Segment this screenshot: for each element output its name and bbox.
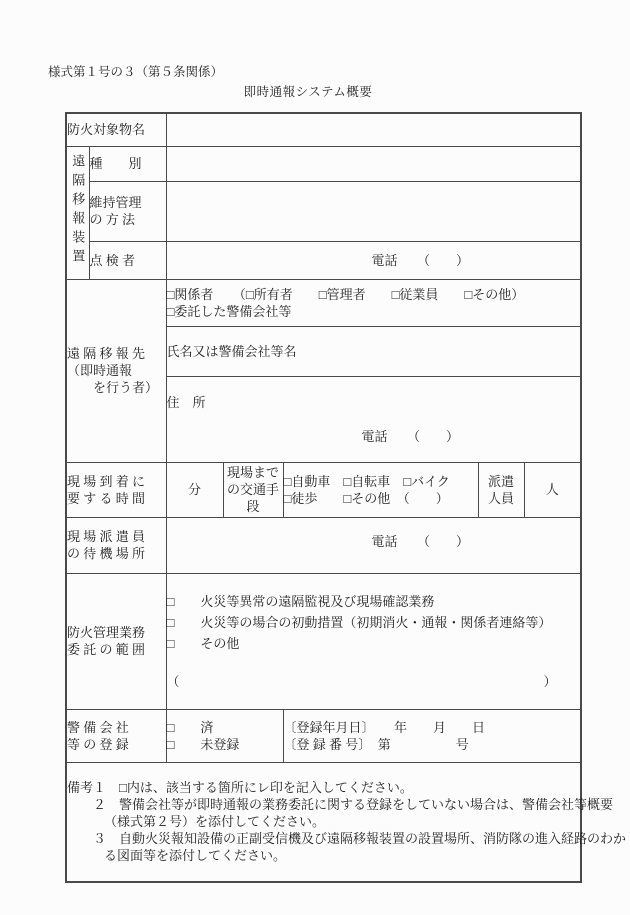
notes-row: 備考１ □内は、該当する箇所にレ印を記入してください。 ２ 警備会社等が即時通報…	[66, 762, 581, 882]
inspector-value-cell: 電話 （ ）	[166, 241, 581, 279]
registration-details: 〔登録年月日〕 年 月 日 〔登 録 番 号〕 第 号	[283, 709, 581, 762]
inspector-phone: 電話 （ ）	[167, 252, 581, 269]
note-line-3: ３ 自動火災報知設備の正副受信機及び遠隔移報装置の設置場所、消防隊の進入経路のわ…	[67, 830, 580, 847]
address-phone: 電話 （ ）	[167, 428, 581, 445]
standby-phone: 電話 （ ）	[167, 533, 581, 558]
delegation-checkboxes: □ 火災等異常の遠隔監視及び現場確認業務 □ 火災等の場合の初動措置（初期消火・…	[167, 591, 581, 654]
form-number: 様式第１号の３（第５条関係）	[48, 62, 223, 80]
note-line-2b: （様式第２号）を添付してください。	[67, 813, 580, 830]
registration-status-checkboxes: □ 済 □ 未登録	[166, 709, 283, 762]
standby-location-label: 現 場 派 遣 員 の 待 機 場 所	[66, 517, 166, 573]
paren-close: ）	[544, 671, 557, 692]
fire-object-row: 防火対象物名	[66, 113, 581, 146]
page-title: 即時通報システム概要	[0, 82, 616, 100]
device-type-value	[166, 146, 581, 181]
arrival-time-row: 現 場 到 着 に 要 す る 時 間 分 現場まで の交通手段 □自動車 □自…	[66, 462, 581, 517]
device-type-row: 遠隔移報装置 種 別	[66, 146, 581, 181]
inspector-row: 点 検 者 電話 （ ）	[66, 241, 581, 279]
maintenance-method-value	[166, 181, 581, 241]
transport-header: 現場まで の交通手段	[223, 462, 283, 517]
notify-destination-label: 遠 隔 移 報 先 （即時通報 を行う者）	[66, 279, 166, 462]
inspector-label: 点 検 者	[89, 241, 166, 279]
security-company-name-label: 氏名又は警備会社等名	[166, 326, 581, 376]
arrival-minutes-unit: 分	[166, 462, 223, 517]
device-type-label: 種 別	[89, 146, 166, 181]
delegation-scope-row: 防火管理業務 委 託 の 範 囲 □ 火災等異常の遠隔監視及び現場確認業務 □ …	[66, 573, 581, 709]
transport-checkboxes: □自動車 □自転車 □バイク □徒歩 □その他 （ ）	[283, 462, 478, 517]
delegation-scope-label: 防火管理業務 委 託 の 範 囲	[66, 573, 166, 709]
notes-section: 備考１ □内は、該当する箇所にレ印を記入してください。 ２ 警備会社等が即時通報…	[66, 762, 581, 882]
registration-row: 警 備 会 社 等 の 登 録 □ 済 □ 未登録 〔登録年月日〕 年 月 日 …	[66, 709, 581, 762]
immediate-report-form-table: 防火対象物名 遠隔移報装置 種 別 維持管理 の 方 法 点 検 者 電話 （ …	[65, 112, 582, 883]
notify-destination-relation-row: 遠 隔 移 報 先 （即時通報 を行う者） □関係者 （□所有者 □管理者 □従…	[66, 279, 581, 326]
personnel-unit: 人	[524, 462, 581, 517]
standby-location-value-cell: 電話 （ ）	[166, 517, 581, 573]
registration-label: 警 備 会 社 等 の 登 録	[66, 709, 166, 762]
note-line-2: ２ 警備会社等が即時通報の業務委託に関する登録をしていない場合は、警備会社等概要	[67, 796, 580, 813]
note-line-1: 備考１ □内は、該当する箇所にレ印を記入してください。	[67, 779, 580, 796]
delegation-other-detail-line: （ ）	[167, 671, 557, 692]
delegation-checkboxes-cell: □ 火災等異常の遠隔監視及び現場確認業務 □ 火災等の場合の初動措置（初期消火・…	[166, 573, 581, 709]
standby-location-row: 現 場 派 遣 員 の 待 機 場 所 電話 （ ）	[66, 517, 581, 573]
maintenance-method-label: 維持管理 の 方 法	[89, 181, 166, 241]
fire-object-name-value	[166, 113, 581, 146]
maintenance-method-row: 維持管理 の 方 法	[66, 181, 581, 241]
address-cell: 住 所 電話 （ ）	[166, 376, 581, 462]
note-line-3b: る図面等を添付してください。	[67, 847, 580, 864]
form-page: 様式第１号の３（第５条関係） 即時通報システム概要 防火対象物名 遠隔移報装置 …	[0, 0, 630, 915]
dispatch-personnel-label: 派遣 人員	[478, 462, 524, 517]
paren-open: （	[167, 671, 180, 692]
fire-object-name-label: 防火対象物名	[66, 113, 166, 146]
relation-checkboxes: □関係者 （□所有者 □管理者 □従業員 □その他） □委託した警備会社等	[166, 279, 581, 326]
remote-device-group-cell: 遠隔移報装置	[66, 146, 89, 279]
arrival-time-label: 現 場 到 着 に 要 す る 時 間	[66, 462, 166, 517]
remote-device-group-label: 遠隔移報装置	[67, 154, 88, 268]
address-label: 住 所	[167, 394, 581, 411]
